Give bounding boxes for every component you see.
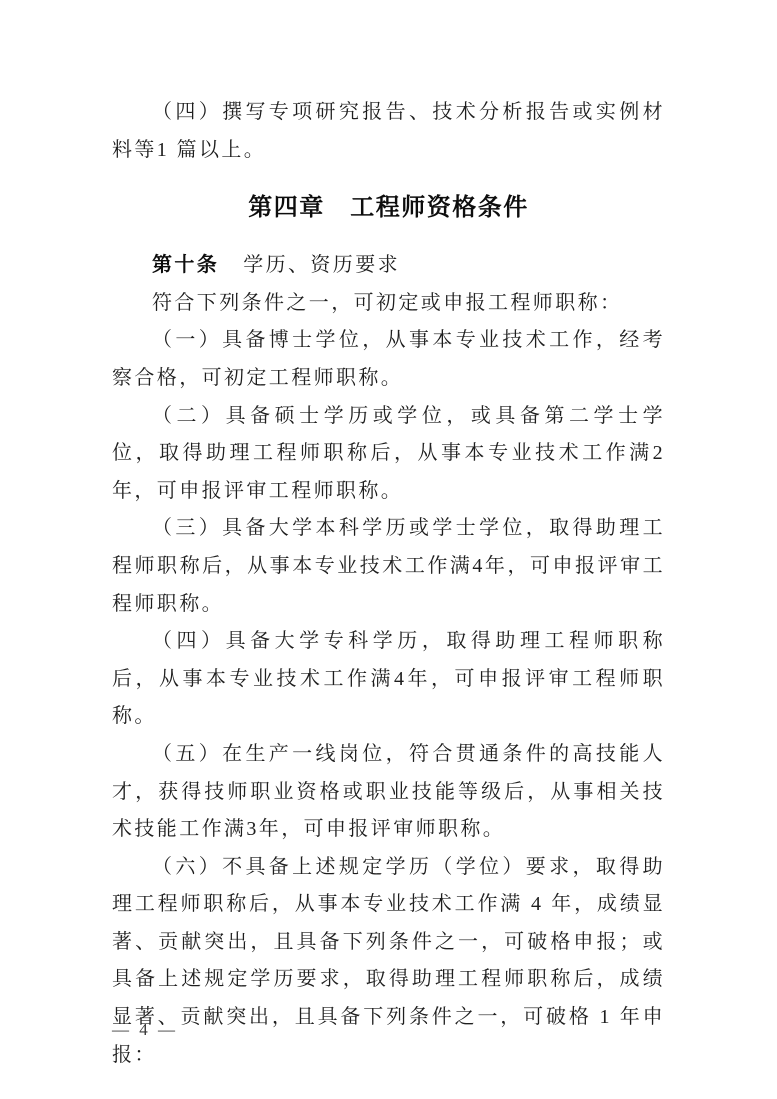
clause-paragraph-2: （二）具备硕士学历或学位，或具备第二学士学位，取得助理工程师职称后，从事本专业技… bbox=[112, 398, 665, 511]
page-content: （四）撰写专项研究报告、技术分析报告或实例材料等1 篇以上。 第四章 工程师资格… bbox=[112, 94, 665, 1074]
article-intro: 符合下列条件之一，可初定或申报工程师职称： bbox=[112, 285, 665, 323]
article-number: 第十条 bbox=[152, 254, 219, 276]
chapter-heading: 第四章 工程师资格条件 bbox=[112, 189, 665, 227]
clause-paragraph-6: （六）不具备上述规定学历（学位）要求，取得助理工程师职称后，从事本专业技术工作满… bbox=[112, 849, 665, 1075]
page-number-footer: — 4 — bbox=[112, 1016, 178, 1044]
clause-paragraph-1: （一）具备博士学位，从事本专业技术工作，经考察合格，可初定工程师职称。 bbox=[112, 322, 665, 397]
continuation-paragraph: （四）撰写专项研究报告、技术分析报告或实例材料等1 篇以上。 bbox=[112, 94, 665, 169]
article-title: 学历、资历要求 bbox=[243, 254, 400, 276]
document-page: （四）撰写专项研究报告、技术分析报告或实例材料等1 篇以上。 第四章 工程师资格… bbox=[0, 0, 777, 1099]
clause-paragraph-3: （三）具备大学本科学历或学士学位，取得助理工程师职称后，从事本专业技术工作满4年… bbox=[112, 510, 665, 623]
clause-paragraph-5: （五）在生产一线岗位，符合贯通条件的高技能人才，获得技师职业资格或职业技能等级后… bbox=[112, 736, 665, 849]
clause-paragraph-4: （四）具备大学专科学历，取得助理工程师职称后，从事本专业技术工作满4年，可申报评… bbox=[112, 623, 665, 736]
article-heading: 第十条学历、资历要求 bbox=[112, 247, 665, 285]
